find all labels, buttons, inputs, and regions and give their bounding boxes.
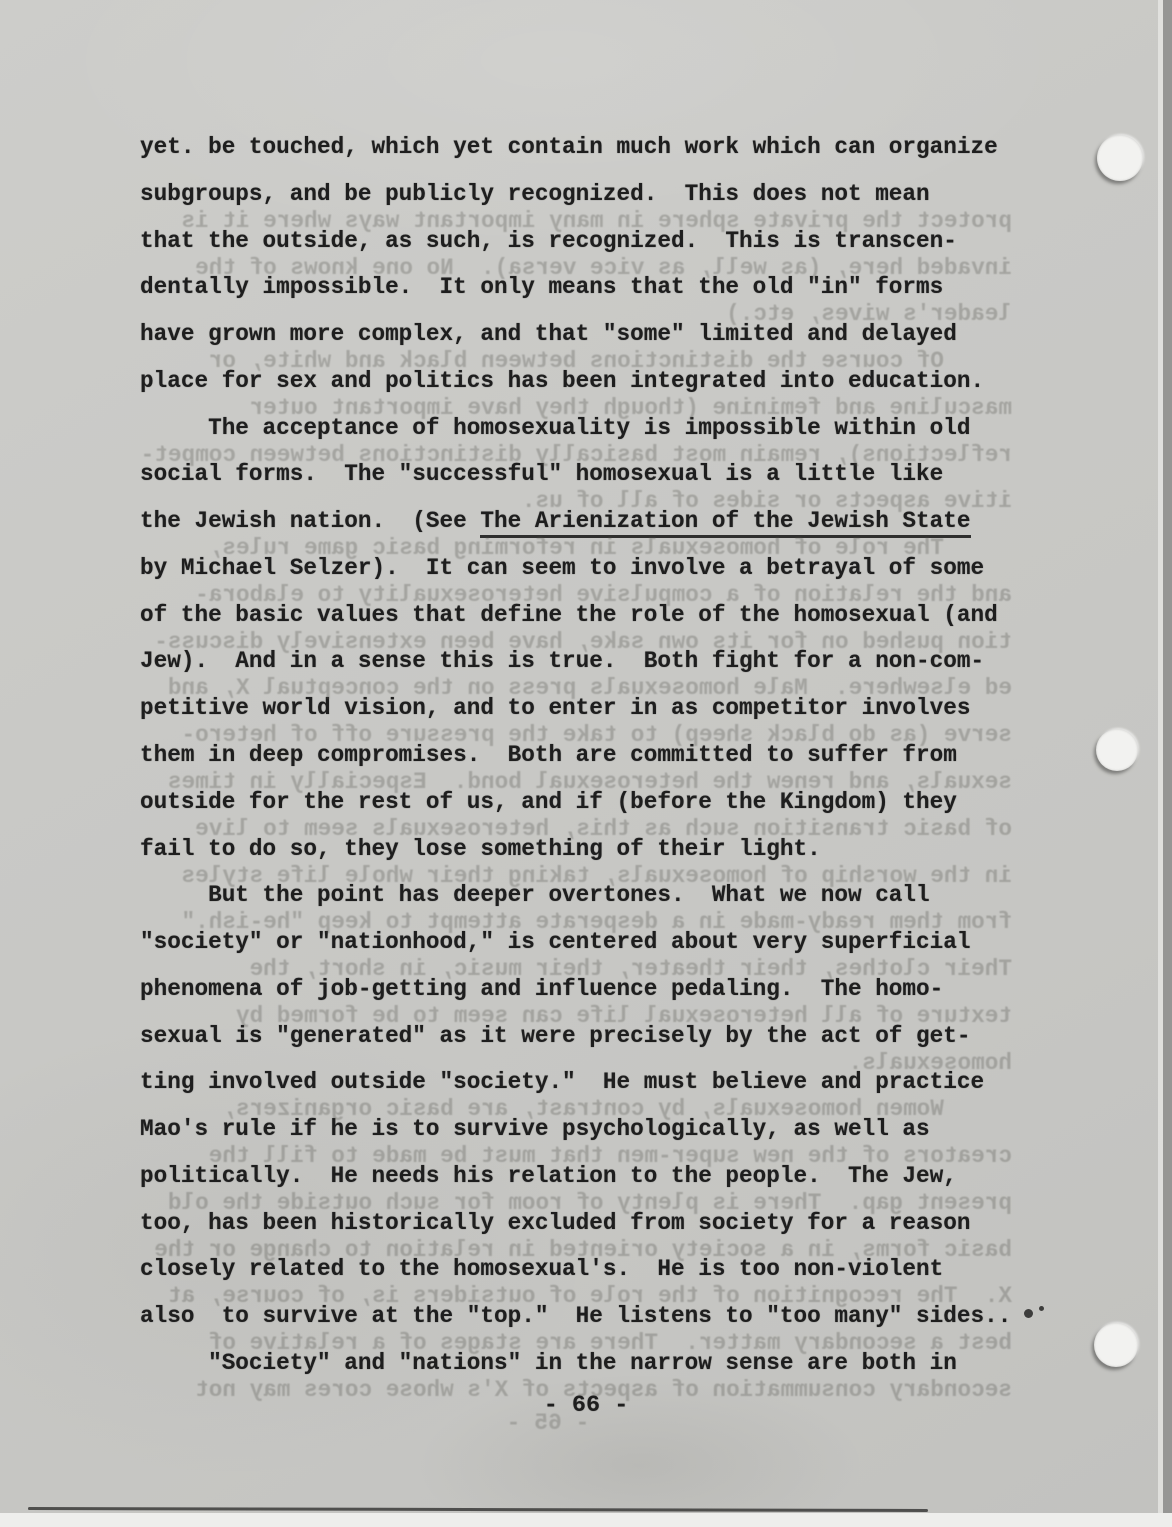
typed-line: ting involved outside "society." He must… — [140, 1069, 984, 1095]
typed-line-prefix: the Jewish nation. (See — [140, 508, 480, 534]
bleedthrough-page-number: - 65 - — [488, 1410, 608, 1436]
ink-speck — [1024, 1309, 1033, 1318]
ink-speck — [1039, 1306, 1044, 1311]
typed-line: that the outside, as such, is recognized… — [140, 228, 957, 254]
typed-line: "society" or "nationhood," is centered a… — [140, 929, 971, 955]
typed-line: by Michael Selzer). It can seem to invol… — [140, 555, 984, 581]
underlined-book-title: The Arienization of the Jewish State — [480, 508, 970, 538]
punch-hole — [1096, 729, 1138, 771]
typed-line: closely related to the homosexual's. He … — [140, 1256, 943, 1282]
typed-line: politically. He needs his relation to th… — [140, 1163, 957, 1189]
typed-line: Jew). And in a sense this is true. Both … — [140, 648, 984, 674]
scan-edge-bottom — [0, 1513, 1172, 1527]
typed-line: The acceptance of homosexuality is impos… — [140, 415, 971, 441]
typed-line: dentally impossible. It only means that … — [140, 274, 943, 300]
scan-edge-right — [1163, 0, 1172, 1516]
typed-line: also to survive at the "top." He listens… — [140, 1303, 1011, 1329]
typed-line: yet. be touched, which yet contain much … — [140, 134, 998, 160]
typed-line: outside for the rest of us, and if (befo… — [140, 789, 957, 815]
typed-line: "Society" and "nations" in the narrow se… — [140, 1350, 957, 1376]
typed-line: place for sex and politics has been inte… — [140, 368, 984, 394]
typed-line: the Jewish nation. (See The Arienization… — [140, 508, 971, 534]
typed-line: too, has been historically excluded from… — [140, 1210, 971, 1236]
punch-hole — [1094, 1323, 1138, 1367]
typed-line: Mao's rule if he is to survive psycholog… — [140, 1116, 930, 1142]
typed-line: of the basic values that define the role… — [140, 602, 998, 628]
punch-hole — [1097, 135, 1143, 181]
typed-line: social forms. The "successful" homosexua… — [140, 461, 943, 487]
typed-line: them in deep compromises. Both are commi… — [140, 742, 957, 768]
typed-line: But the point has deeper overtones. What… — [140, 882, 930, 908]
typed-line: petitive world vision, and to enter in a… — [140, 695, 971, 721]
typed-line: subgroups, and be publicly recognized. T… — [140, 181, 930, 207]
typed-line: fail to do so, they lose something of th… — [140, 836, 821, 862]
typed-line: have grown more complex, and that "some"… — [140, 321, 957, 347]
typed-line: sexual is "generated" as it were precise… — [140, 1023, 971, 1049]
typed-line: phenomena of job-getting and influence p… — [140, 976, 943, 1002]
